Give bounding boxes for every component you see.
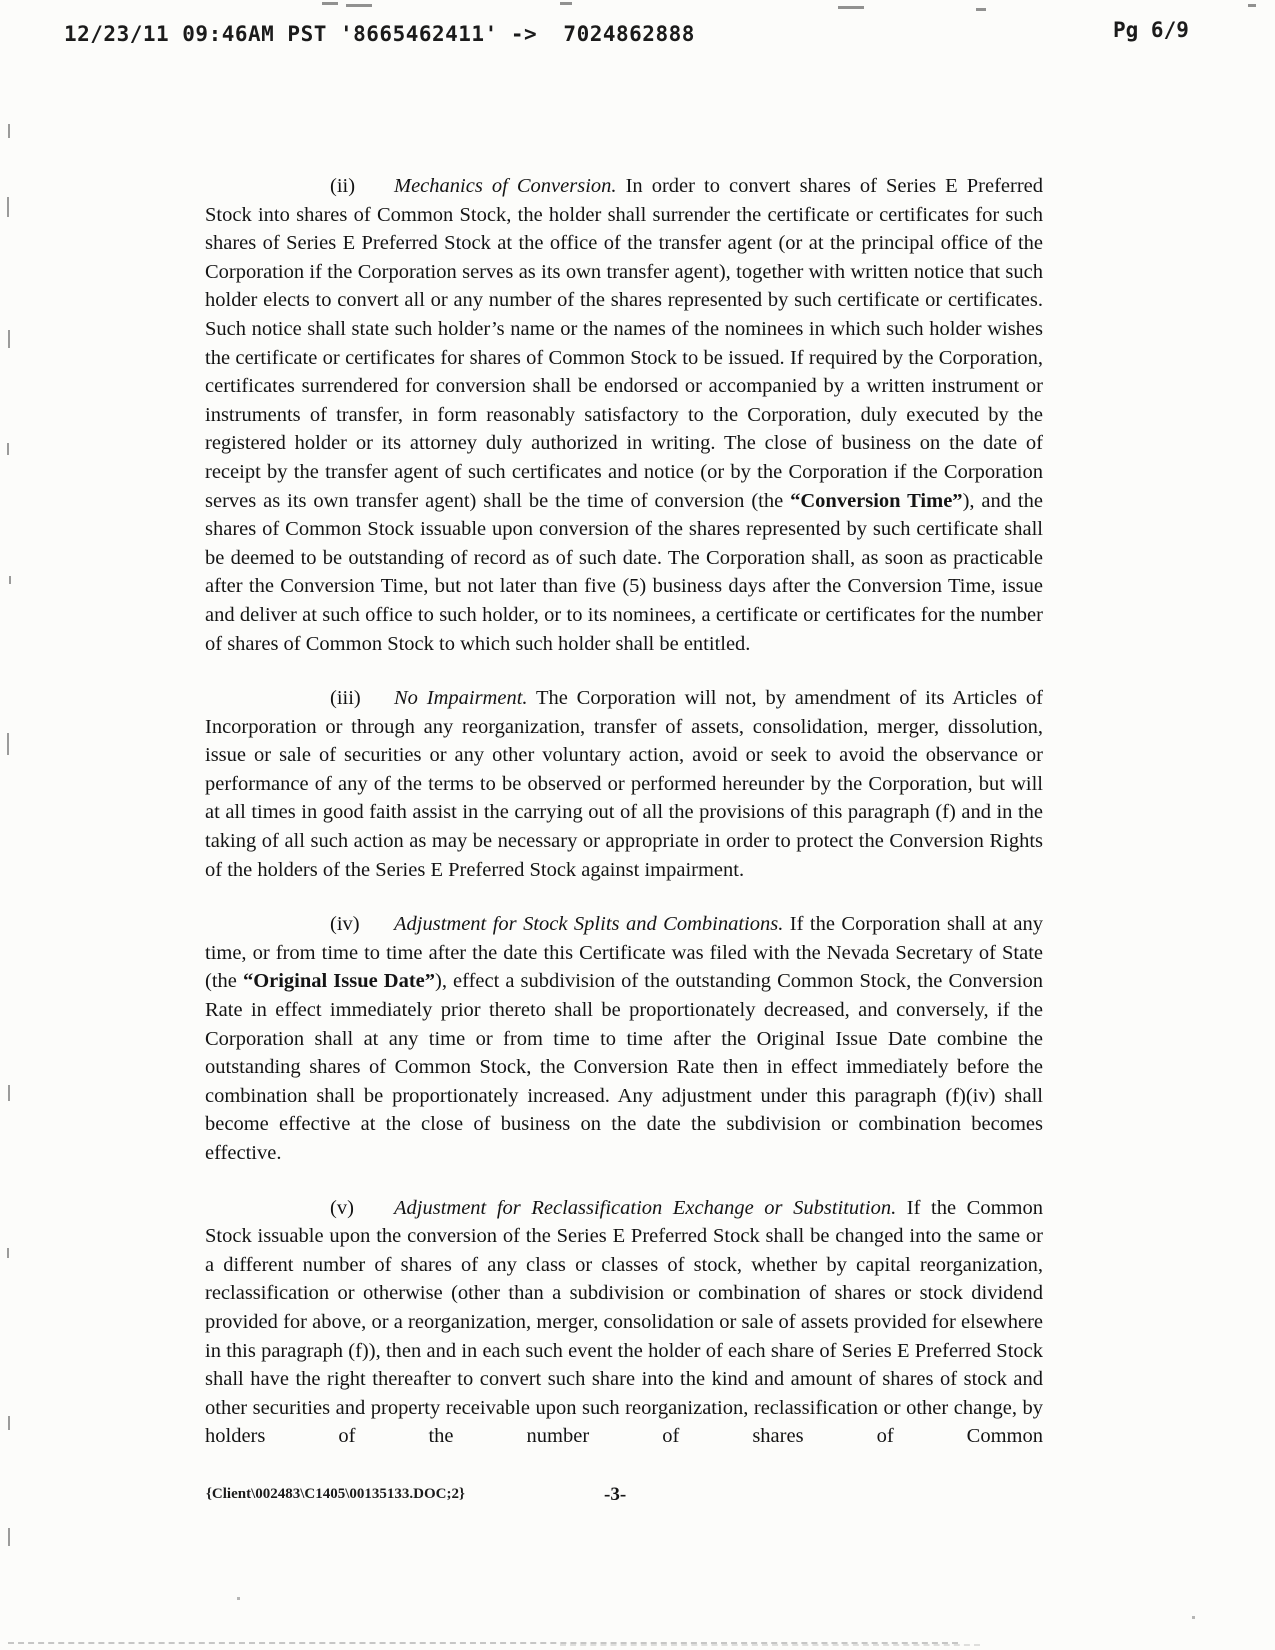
page-number: -3- xyxy=(604,1484,626,1506)
legal-paragraph-ii: (ii)Mechanics of Conversion. In order to… xyxy=(205,172,1043,658)
scan-artifact xyxy=(7,443,9,455)
scan-artifact xyxy=(9,576,11,584)
paragraph-heading: Adjustment for Reclassification Exchange… xyxy=(394,1197,896,1219)
paragraph-number: (iv) xyxy=(330,910,394,939)
legal-paragraph-iii: (iii)No Impairment. The Corporation will… xyxy=(205,684,1043,884)
scan-artifact xyxy=(1192,1616,1195,1619)
document-footer: {Client\002483\C1405\00135133.DOC;2} -3- xyxy=(0,1484,1275,1514)
paragraph-heading: Mechanics of Conversion. xyxy=(394,175,617,197)
scan-artifact xyxy=(7,197,9,217)
document-body: (ii)Mechanics of Conversion. In order to… xyxy=(205,172,1043,1477)
fax-header: 12/23/11 09:46AM PST '8665462411' -> 702… xyxy=(0,22,1275,52)
scan-artifact xyxy=(8,124,10,138)
paragraph-text: ), and the shares of Common Stock issuab… xyxy=(205,490,1043,655)
scan-artifact xyxy=(8,330,10,348)
paragraph-text: The Corporation will not, by amendment o… xyxy=(205,687,1043,881)
paragraph-number: (ii) xyxy=(330,172,394,201)
paragraph-number: (v) xyxy=(330,1194,394,1223)
paragraph-heading: No Impairment. xyxy=(394,687,528,709)
paragraph-text: ), effect a subdivision of the outstandi… xyxy=(205,970,1043,1164)
scan-artifact xyxy=(1248,4,1256,7)
scan-artifact xyxy=(8,1416,10,1430)
defined-term: “Original Issue Date” xyxy=(243,970,435,992)
scan-artifact xyxy=(322,2,338,5)
scan-artifact xyxy=(7,733,9,755)
scan-artifact xyxy=(976,8,986,11)
paragraph-heading: Adjustment for Stock Splits and Combinat… xyxy=(394,913,783,935)
document-reference: {Client\002483\C1405\00135133.DOC;2} xyxy=(206,1486,465,1503)
scan-artifact xyxy=(838,6,864,9)
fax-page-indicator: Pg 6/9 xyxy=(1113,18,1189,42)
defined-term: “Conversion Time” xyxy=(790,490,962,512)
scan-artifact xyxy=(560,2,572,5)
scan-artifact xyxy=(8,1085,10,1101)
scan-artifact xyxy=(346,4,372,7)
paragraph-number: (iii) xyxy=(330,684,394,713)
legal-paragraph-iv: (iv)Adjustment for Stock Splits and Comb… xyxy=(205,910,1043,1167)
scan-artifact xyxy=(8,1528,10,1546)
scan-noise-line xyxy=(560,1644,980,1646)
scan-artifact xyxy=(7,1248,9,1258)
paragraph-text: If the Common Stock issuable upon the co… xyxy=(205,1197,1043,1448)
scanned-fax-page: 12/23/11 09:46AM PST '8665462411' -> 702… xyxy=(0,0,1275,1650)
scan-artifact xyxy=(237,1597,240,1600)
paragraph-text: In order to convert shares of Series E P… xyxy=(205,175,1043,512)
fax-transmission-line: 12/23/11 09:46AM PST '8665462411' -> 702… xyxy=(64,22,695,46)
legal-paragraph-v: (v)Adjustment for Reclassification Excha… xyxy=(205,1194,1043,1451)
